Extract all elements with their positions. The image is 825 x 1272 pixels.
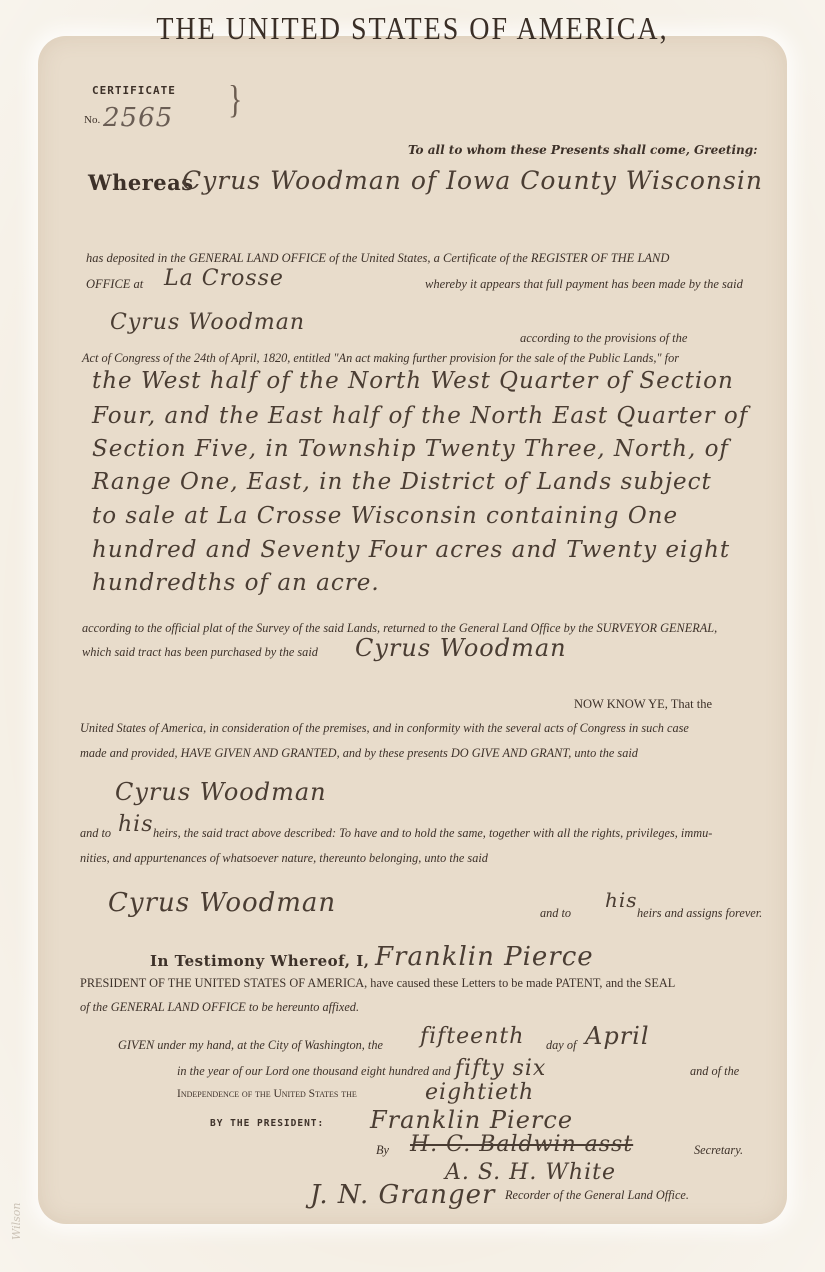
heirs-line-text: heirs, the said tract above described: T…	[153, 826, 712, 841]
certificate-number-label: No.	[84, 114, 100, 126]
certificate-number: 2565	[103, 103, 173, 133]
office-line-prefix: OFFICE at	[86, 277, 143, 292]
by-label: By	[376, 1143, 389, 1158]
land-description-line: Section Five, in Township Twenty Three, …	[92, 436, 729, 462]
final-grantee-prefix: and to	[540, 906, 571, 921]
year-line: in the year of our Lord one thousand eig…	[177, 1064, 451, 1079]
land-description-line: hundredths of an acre.	[92, 570, 380, 596]
recorder-label: Recorder of the General Land Office.	[505, 1188, 689, 1203]
granted-line: made and provided, HAVE GIVEN AND GRANTE…	[80, 746, 638, 761]
payer-line-suffix: according to the provisions of the	[520, 331, 687, 346]
heirs-line-prefix: and to	[80, 826, 111, 841]
by-the-president-label: BY THE PRESIDENT:	[210, 1118, 324, 1129]
day-handwritten: fifteenth	[420, 1024, 524, 1049]
seal-line: of the GENERAL LAND OFFICE to be hereunt…	[80, 1000, 359, 1015]
month-handwritten: April	[585, 1022, 650, 1050]
act-of-congress-line: Act of Congress of the 24th of April, 18…	[82, 351, 679, 366]
day-of-label: day of	[546, 1038, 576, 1053]
land-description-line: hundred and Seventy Four acres and Twent…	[92, 537, 730, 563]
president-signature: Franklin Pierce	[370, 1106, 573, 1134]
consideration-line: United States of America, in considerati…	[80, 721, 689, 736]
certificate-label: CERTIFICATE	[92, 84, 176, 97]
whereas-heading: Whereas	[88, 170, 194, 195]
land-description-line: the West half of the North West Quarter …	[92, 368, 734, 394]
certificate-brace: }	[228, 79, 242, 123]
heirs-pronoun-handwritten: his	[118, 812, 154, 837]
final-pronoun-handwritten: his	[605, 888, 638, 912]
testimony-heading: In Testimony Whereof, I,	[150, 952, 369, 970]
document-title: THE UNITED STATES OF AMERICA,	[0, 12, 825, 49]
now-know-ye: NOW KNOW YE, That the	[574, 697, 712, 712]
grantee-name-handwritten: Cyrus Woodman	[115, 778, 327, 806]
secretary-signature-struck: H. C. Baldwin asst	[410, 1132, 633, 1157]
recorder-signature: J. N. Granger	[310, 1180, 495, 1210]
payer-name-handwritten: Cyrus Woodman	[110, 310, 305, 335]
purchased-line: which said tract has been purchased by t…	[82, 645, 318, 660]
year-handwritten: fifty six	[455, 1056, 546, 1081]
independence-line: Independence of the United States the	[177, 1088, 357, 1100]
land-description-line: to sale at La Crosse Wisconsin containin…	[92, 503, 678, 529]
independence-year-handwritten: eightieth	[425, 1080, 534, 1105]
appurtenances-line: nities, and appurtenances of whatsoever …	[80, 851, 488, 866]
deposit-line: has deposited in the GENERAL LAND OFFICE…	[86, 251, 669, 266]
greeting: To all to whom these Presents shall come…	[408, 143, 758, 157]
president-line: PRESIDENT OF THE UNITED STATES OF AMERIC…	[80, 976, 675, 991]
president-name-handwritten: Franklin Pierce	[375, 942, 594, 972]
purchaser-residence-handwritten: Cyrus Woodman of Iowa County Wisconsin	[182, 166, 763, 195]
final-grantee-suffix: heirs and assigns forever.	[637, 906, 762, 921]
year-suffix: and of the	[690, 1064, 739, 1079]
secretary-label: Secretary.	[694, 1143, 743, 1158]
given-line: GIVEN under my hand, at the City of Wash…	[118, 1038, 383, 1053]
land-description-line: Four, and the East half of the North Eas…	[92, 403, 748, 429]
office-line-suffix: whereby it appears that full payment has…	[425, 277, 743, 292]
margin-note: Wilson	[10, 1130, 30, 1240]
land-office-handwritten: La Crosse	[164, 266, 284, 291]
land-description-line: Range One, East, in the District of Land…	[92, 469, 712, 495]
final-grantee-handwritten: Cyrus Woodman	[108, 888, 336, 918]
purchaser-name-handwritten: Cyrus Woodman	[355, 634, 567, 662]
